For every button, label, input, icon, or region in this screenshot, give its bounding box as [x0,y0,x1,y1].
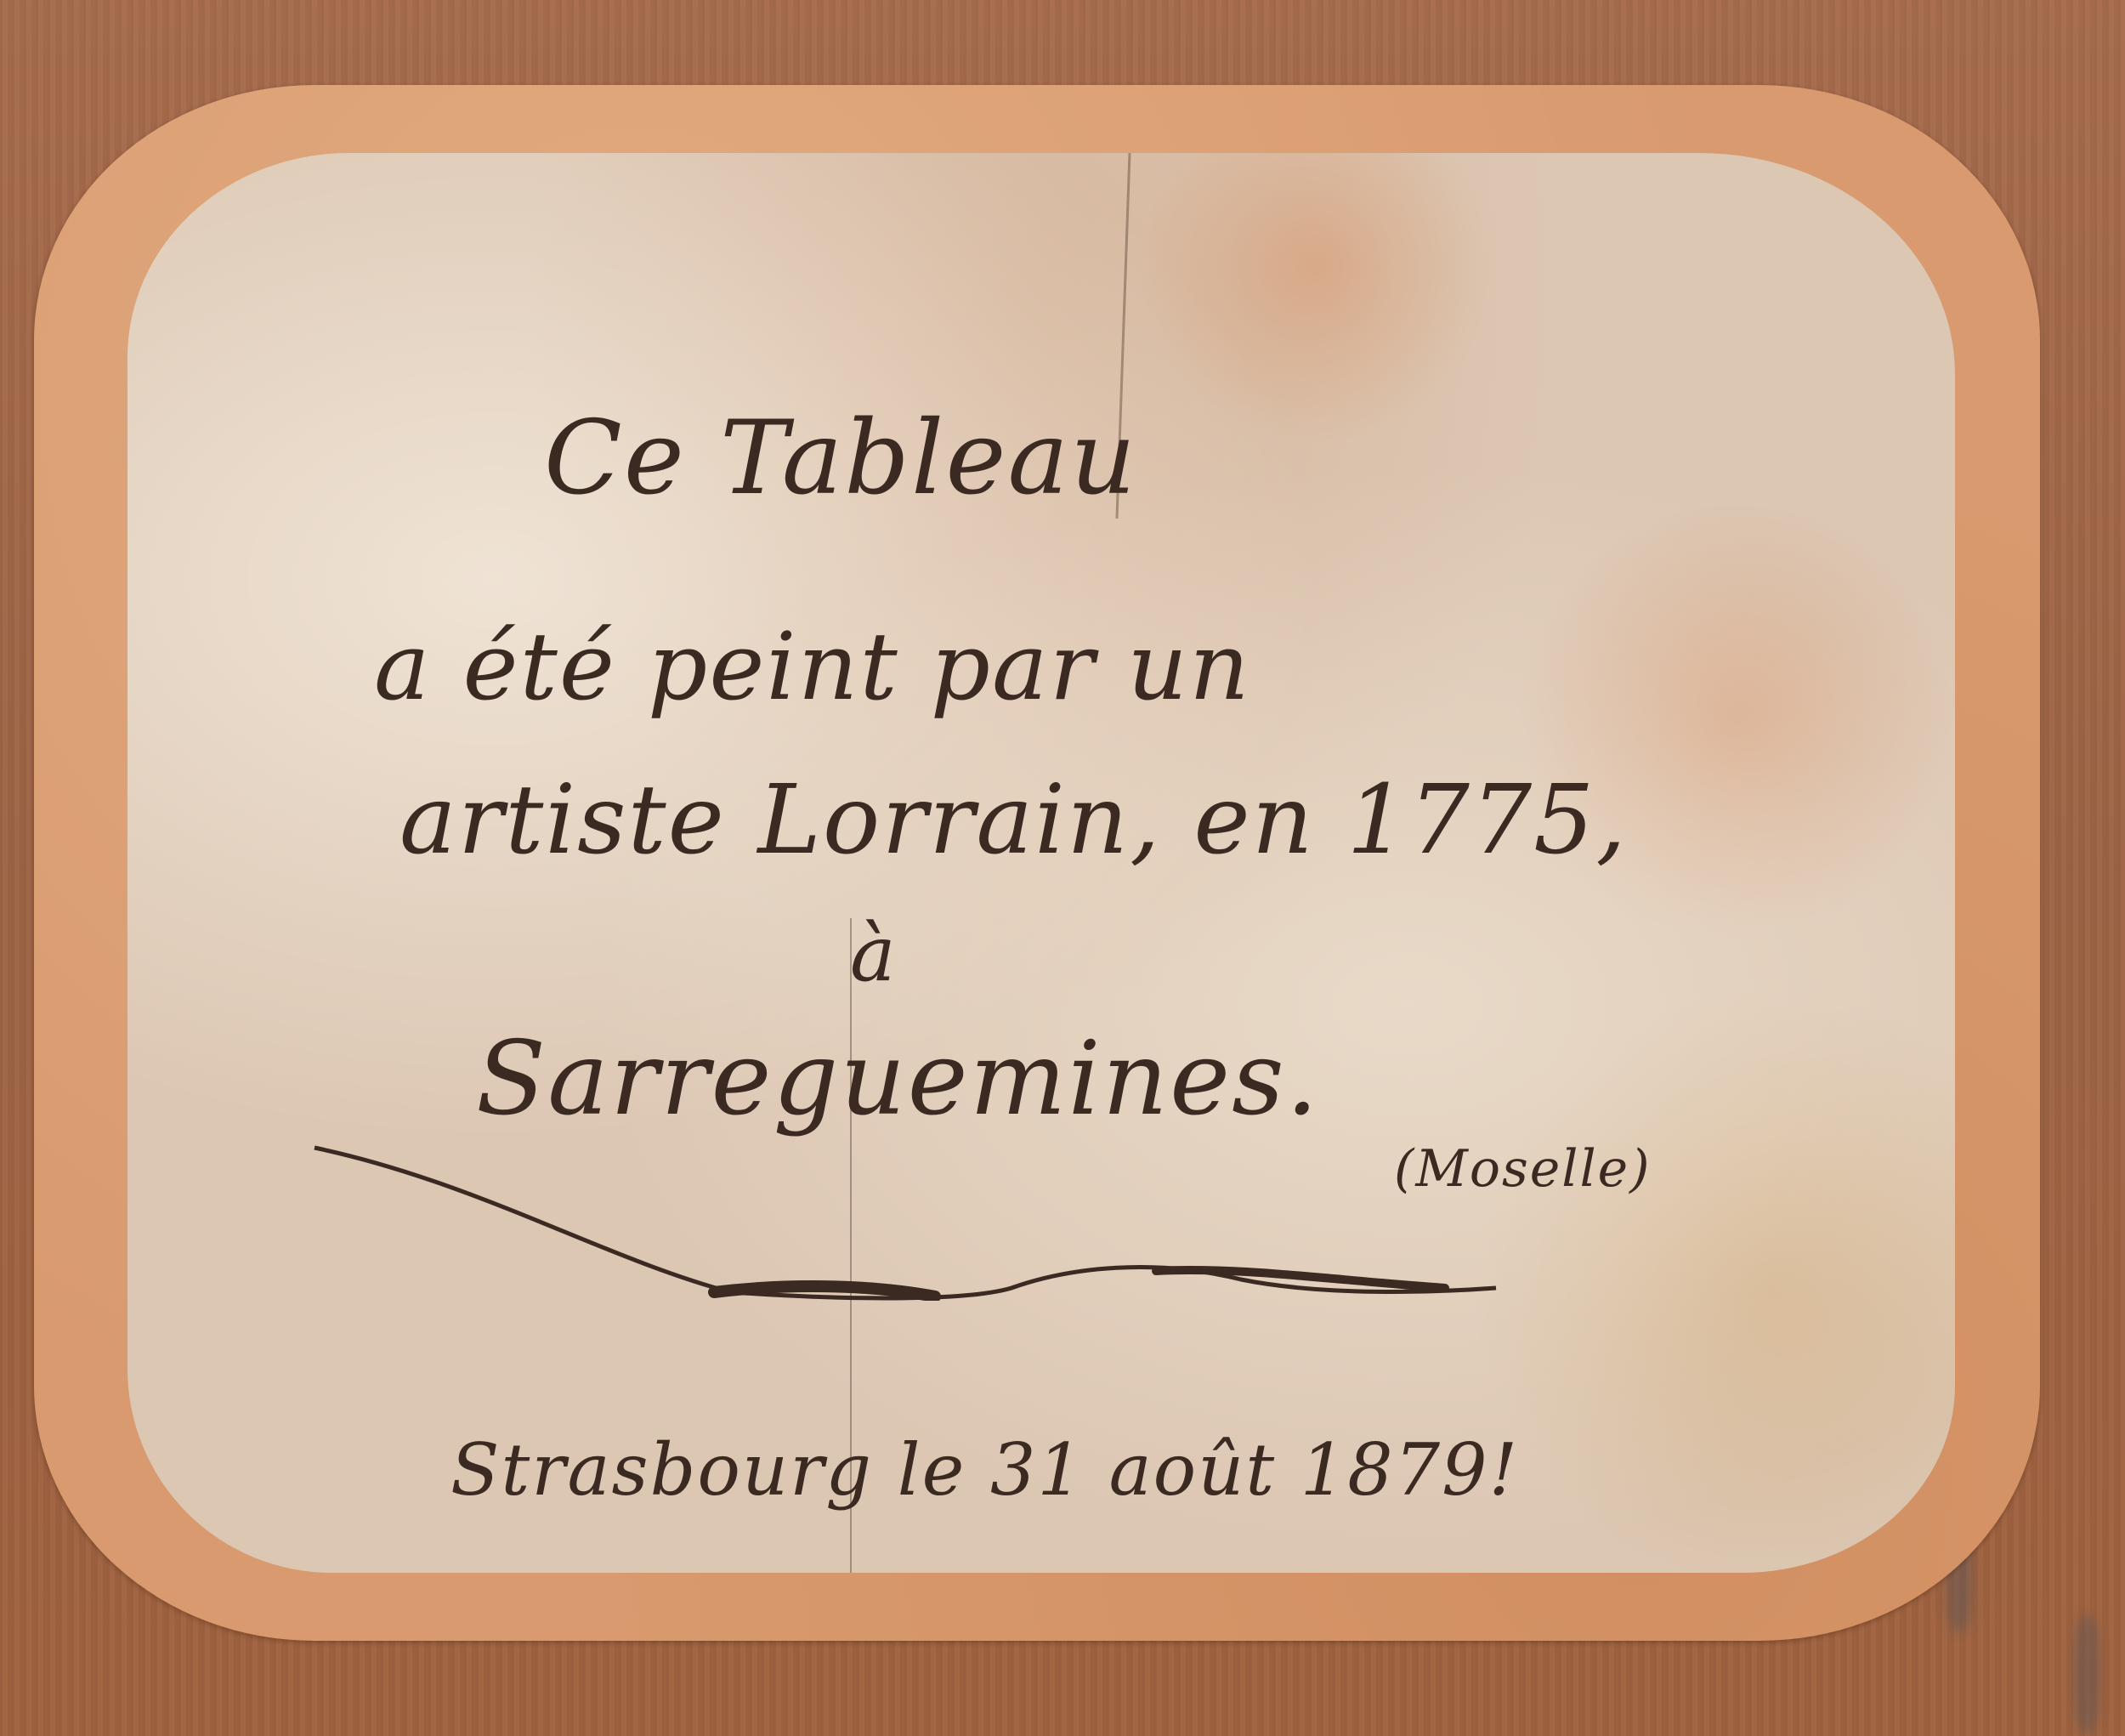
ink-flourish [306,1131,1581,1301]
stain [2074,1615,2099,1734]
label-line-5: Sarreguemines. [476,1020,1320,1138]
wooden-panel: Ce Tableau a été peint par un artiste Lo… [0,0,2125,1736]
label-line-2: a été peint par un [374,612,1251,721]
label-line-1: Ce Tableau [544,400,1137,518]
label-line-7: Strasbourg le 31 août 1879! [450,1428,1519,1512]
label-line-4: à [850,910,898,999]
label-line-3: artiste Lorrain, en 1775, [399,765,1628,876]
